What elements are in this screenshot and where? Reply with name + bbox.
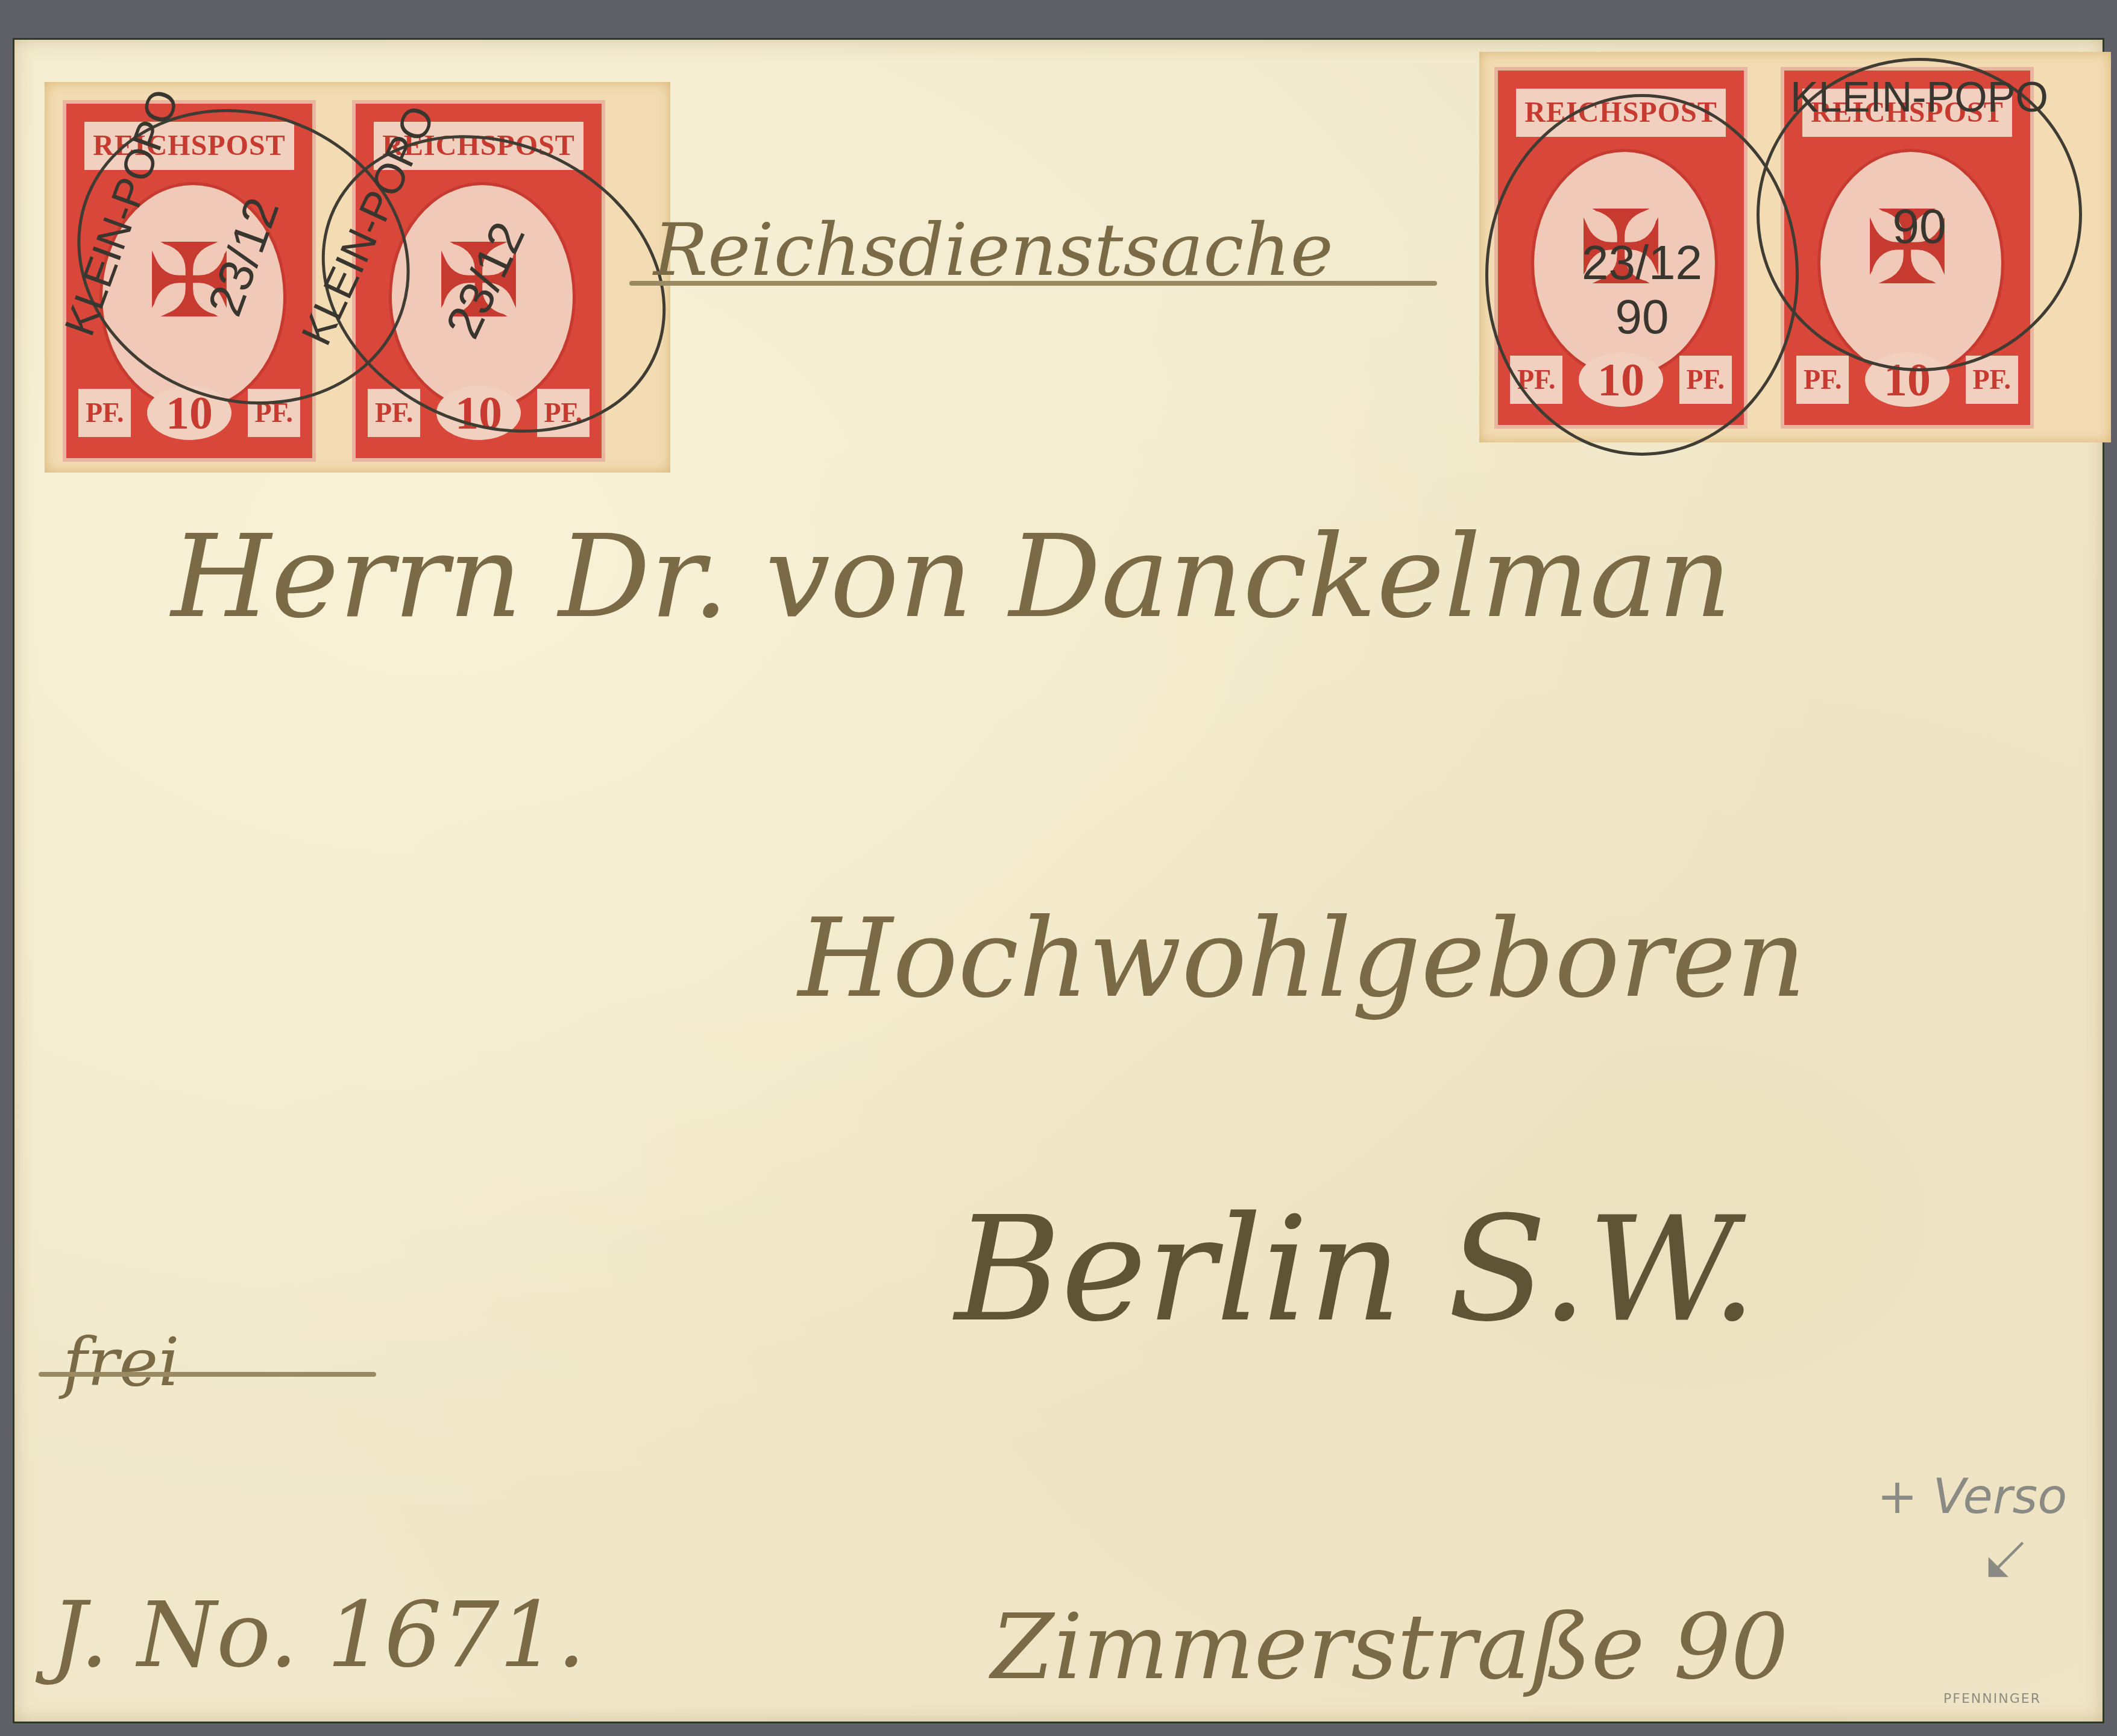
reference-number: J. No. 1671. xyxy=(51,1583,586,1688)
postmark-date: 23/12 xyxy=(169,115,317,399)
pencil-note: + Verso xyxy=(1877,1468,2067,1524)
frei-annotation: frei xyxy=(63,1324,180,1401)
stamp-denomination: PF. xyxy=(1966,356,2018,404)
address-line-3: Berlin S.W. xyxy=(955,1185,1757,1354)
envelope: REICHSPOST ✠ PF. 10 PF. REICHSPOST ✠ PF.… xyxy=(14,40,2103,1722)
postmark: KLEIN-POPO 90 xyxy=(1757,58,2082,371)
underline xyxy=(39,1372,376,1377)
postmark-date: 23/12 xyxy=(402,143,568,417)
stamp-denomination: PF. xyxy=(78,389,131,437)
postmark-town: KLEIN-POPO xyxy=(1760,73,2079,121)
stamp-denomination: PF. xyxy=(1796,356,1849,404)
address-line-1: Herrn Dr. von Danckelman xyxy=(171,510,1732,643)
postmark-year: 90 xyxy=(1488,290,1796,344)
maker-imprint: PFENNINGER xyxy=(1943,1691,2041,1706)
official-business-annotation: Reichsdienstsache xyxy=(653,209,1333,292)
postmark-date: 23/12 xyxy=(1488,236,1796,290)
postmark: 23/12 90 xyxy=(1485,94,1799,456)
arrow-icon: ➝ xyxy=(1960,1514,2054,1608)
underline xyxy=(629,281,1437,286)
address-line-4: Zimmerstraße 90 xyxy=(991,1595,1788,1700)
postmark-year: 90 xyxy=(1760,200,2079,254)
address-line-2: Hochwohlgeboren xyxy=(798,896,1806,1022)
